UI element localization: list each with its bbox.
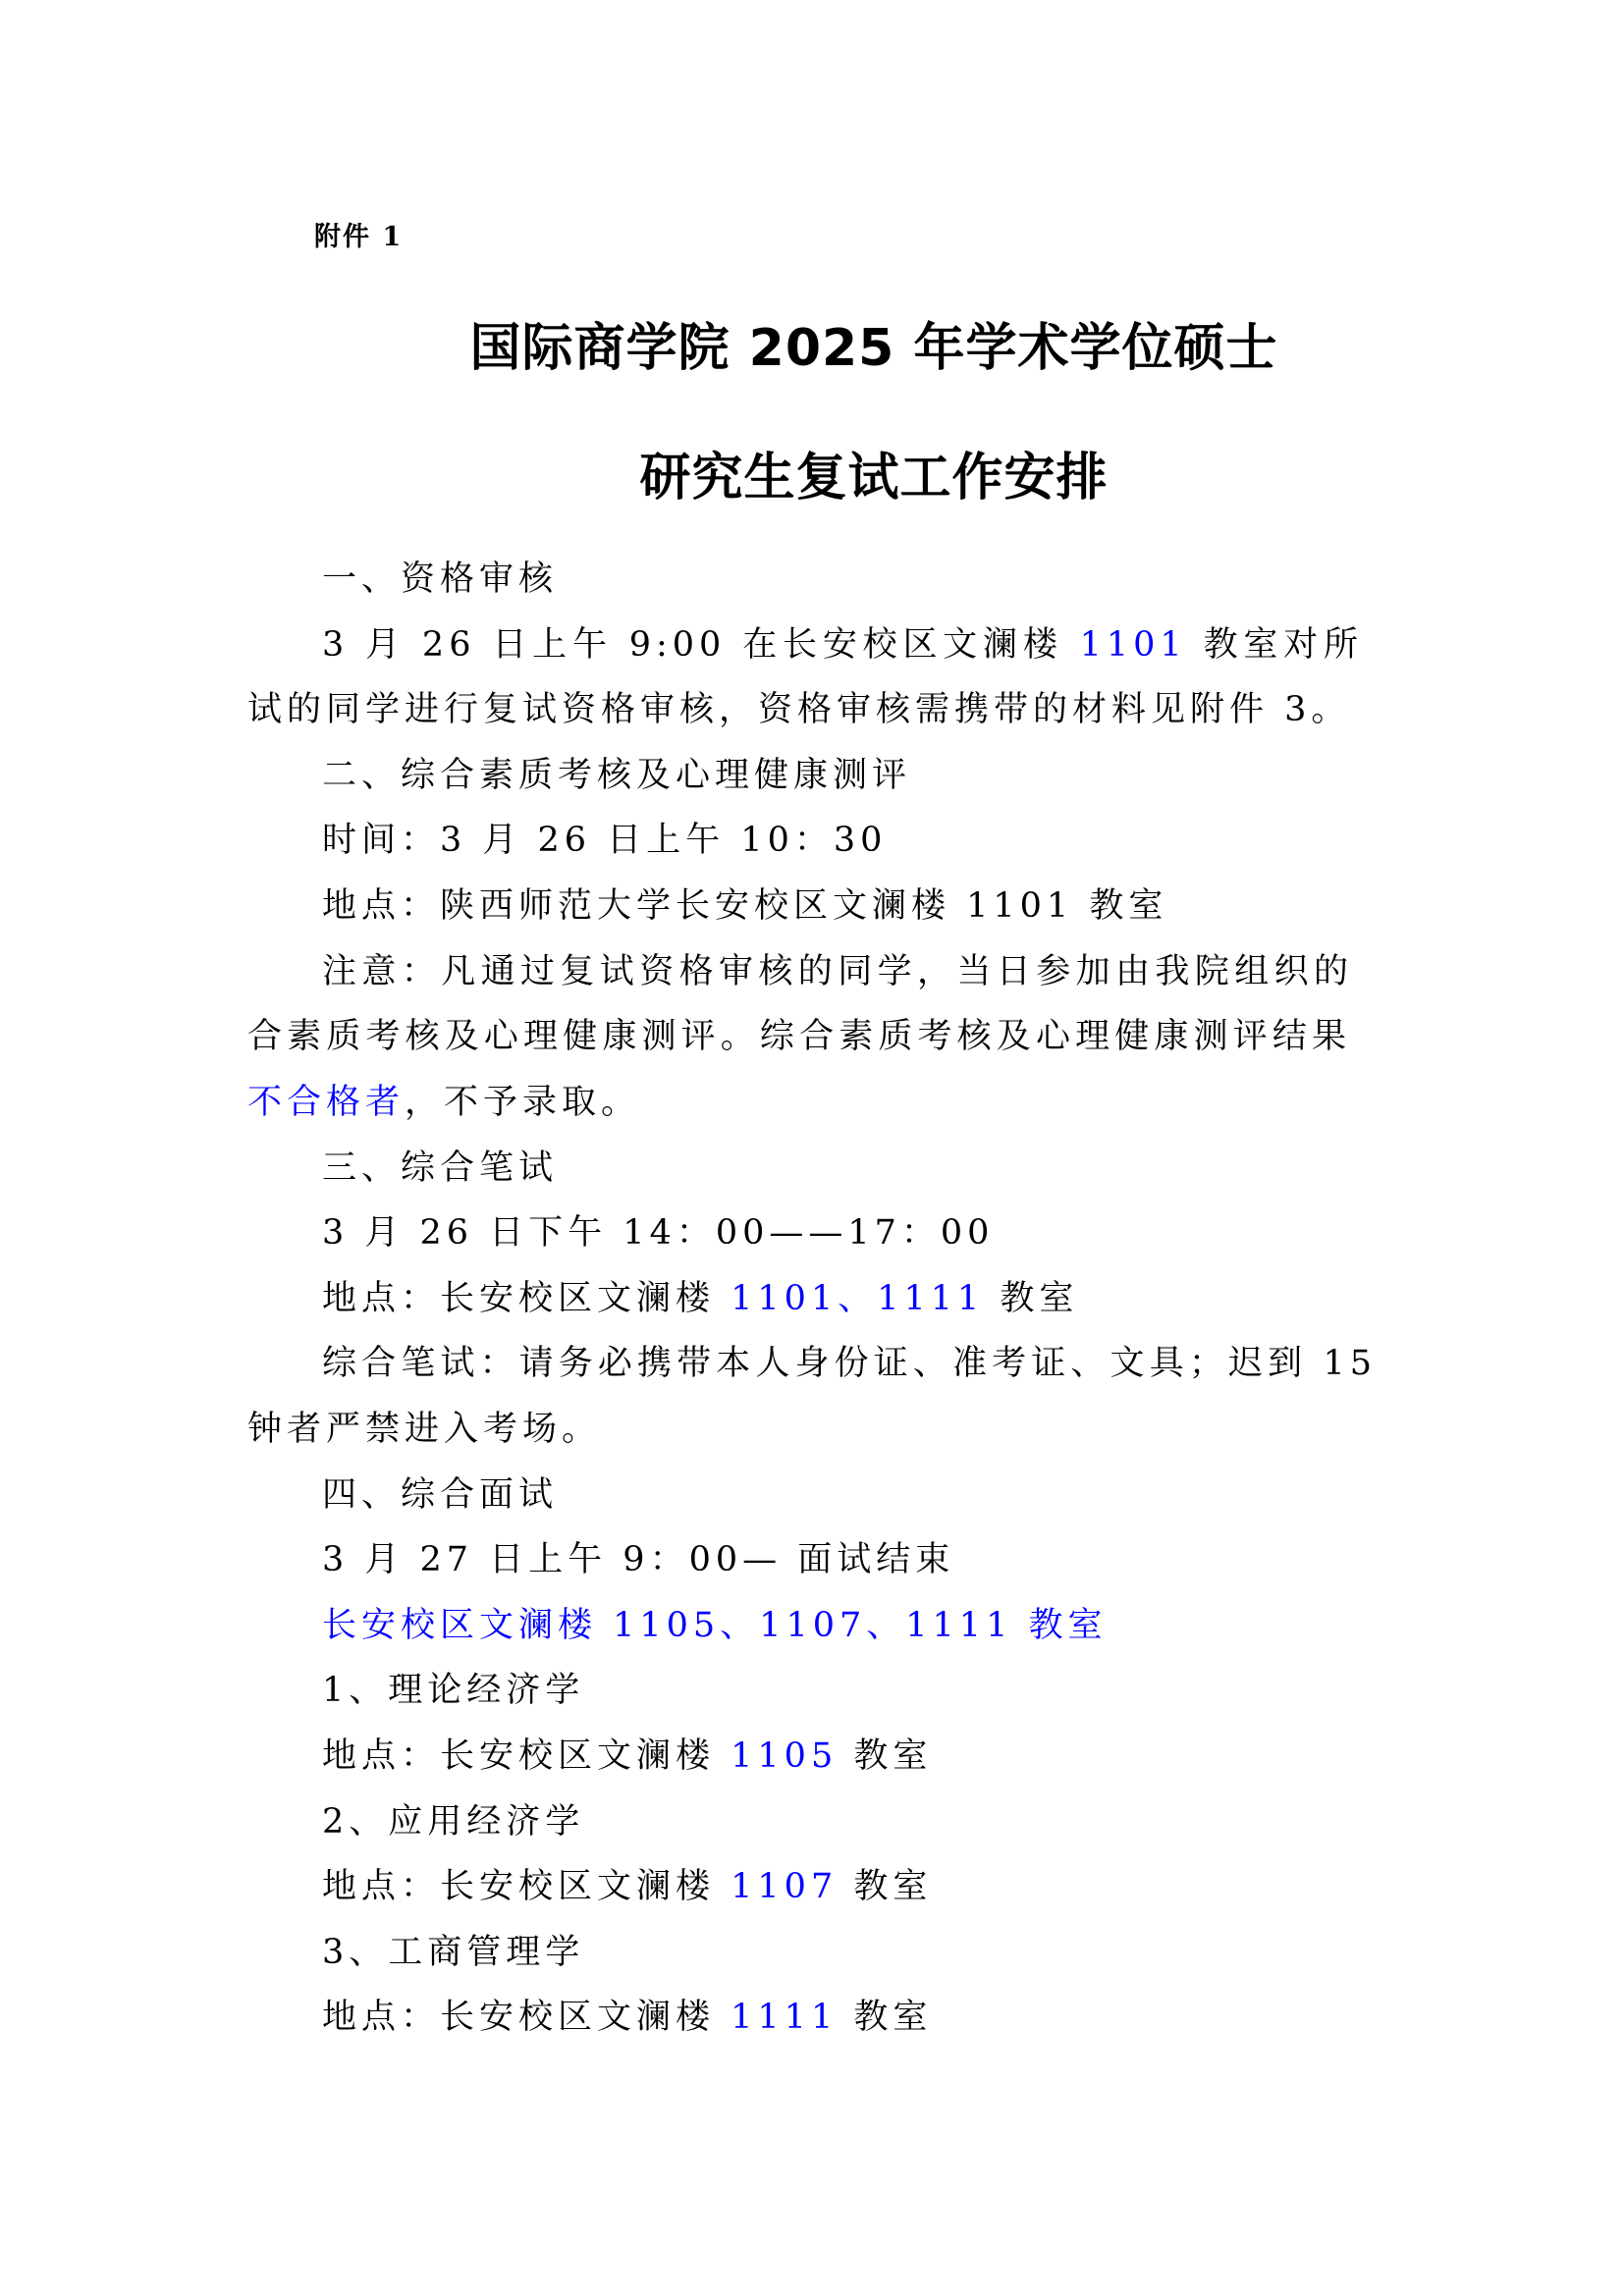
place-prefix: 地点：长安校区文澜楼 bbox=[322, 1736, 731, 1776]
unqualified-highlight: 不合格者 bbox=[247, 1083, 405, 1122]
major-theoretical-economics-place: 地点：长安校区文澜楼 1105 教室 bbox=[322, 1735, 932, 1778]
assessment-note-line-2: 合素质考核及心理健康测评。综合素质考核及心理健康测评结果为 bbox=[247, 1015, 1351, 1058]
section-heading-comprehensive-assessment: 二、综合素质考核及心理健康测评 bbox=[322, 754, 911, 797]
place-suffix: 教室 bbox=[838, 1867, 932, 1906]
written-exam-place-suffix: 教室 bbox=[984, 1279, 1078, 1318]
interview-rooms-all: 长安校区文澜楼 1105、1107、1111 教室 bbox=[322, 1604, 1107, 1647]
assessment-note-line-1: 注意：凡通过复试资格审核的同学，当日参加由我院组织的综 bbox=[322, 950, 1353, 993]
attachment-label: 附件 1 bbox=[314, 218, 403, 257]
section-heading-written-exam: 三、综合笔试 bbox=[322, 1147, 558, 1190]
written-exam-time: 3 月 26 日下午 14：00——17：00 bbox=[322, 1211, 994, 1255]
place-suffix: 教室 bbox=[838, 1736, 932, 1776]
room-number: 1107 bbox=[731, 1867, 838, 1906]
written-exam-place-prefix: 地点：长安校区文澜楼 bbox=[322, 1279, 731, 1318]
section-heading-qualification: 一、资格审核 bbox=[322, 558, 558, 601]
major-applied-economics-place: 地点：长安校区文澜楼 1107 教室 bbox=[322, 1865, 932, 1908]
place-prefix: 地点：长安校区文澜楼 bbox=[322, 1998, 731, 2037]
written-exam-note-line-1: 综合笔试：请务必携带本人身份证、准考证、文具；迟到 15 分 bbox=[322, 1342, 1377, 1385]
major-business-management: 3、工商管理学 bbox=[322, 1931, 584, 1974]
assessment-note-rest: ，不予录取。 bbox=[405, 1083, 640, 1122]
written-exam-place: 地点：长安校区文澜楼 1101、1111 教室 bbox=[322, 1277, 1078, 1320]
qualification-room: 1101 bbox=[1080, 625, 1187, 665]
assessment-time: 时间：3 月 26 日上午 10：30 bbox=[322, 819, 887, 862]
room-number: 1105 bbox=[731, 1736, 838, 1776]
interview-time: 3 月 27 日上午 9：00— 面试结束 bbox=[322, 1538, 954, 1581]
section-heading-interview: 四、综合面试 bbox=[322, 1473, 558, 1517]
page-title-line-2: 研究生复试工作安排 bbox=[0, 444, 1624, 512]
qualification-paragraph-line-1: 3 月 26 日上午 9:00 在长安校区文澜楼 1101 教室对所有参加复 bbox=[322, 623, 1363, 667]
assessment-place: 地点：陕西师范大学长安校区文澜楼 1101 教室 bbox=[322, 884, 1167, 928]
qualification-text-start: 3 月 26 日上午 9:00 在长安校区文澜楼 bbox=[322, 625, 1080, 665]
place-prefix: 地点：长安校区文澜楼 bbox=[322, 1867, 731, 1906]
page-title-line-1: 国际商学院 2025 年学术学位硕士 bbox=[0, 314, 1624, 383]
qualification-paragraph-line-2: 试的同学进行复试资格审核，资格审核需携带的材料见附件 3。 bbox=[247, 688, 1350, 731]
room-number: 1111 bbox=[731, 1998, 838, 2037]
assessment-note-line-3: 不合格者，不予录取。 bbox=[247, 1081, 640, 1124]
major-business-management-place: 地点：长安校区文澜楼 1111 教室 bbox=[322, 1996, 932, 2039]
written-exam-note-line-2: 钟者严禁进入考场。 bbox=[247, 1408, 601, 1451]
written-exam-rooms: 1101、1111 bbox=[731, 1279, 984, 1318]
major-theoretical-economics: 1、理论经济学 bbox=[322, 1669, 584, 1712]
major-applied-economics: 2、应用经济学 bbox=[322, 1800, 584, 1843]
document-page: 附件 1 国际商学院 2025 年学术学位硕士 研究生复试工作安排 一、资格审核… bbox=[0, 0, 1624, 2296]
place-suffix: 教室 bbox=[838, 1998, 932, 2037]
